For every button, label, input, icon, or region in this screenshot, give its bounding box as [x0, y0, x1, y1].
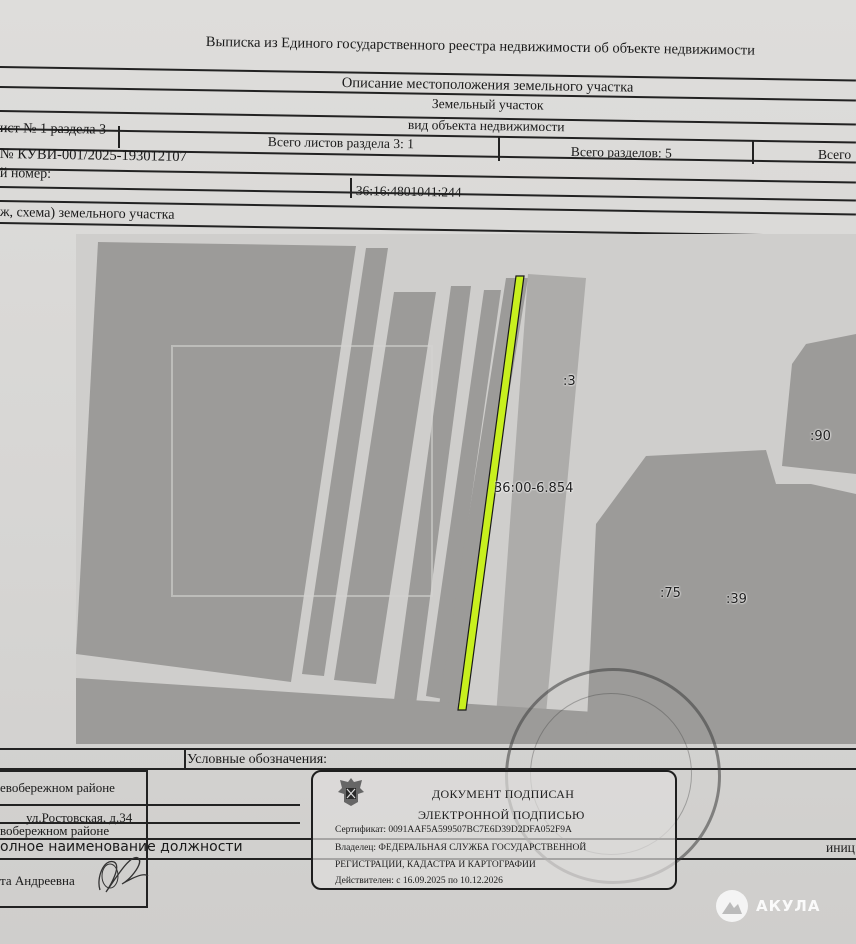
certificate-validity: Действителен: с 16.09.2025 по 10.12.2026: [335, 876, 503, 886]
certificate-owner-cont: РЕГИСТРАЦИИ, КАДАСТРА И КАРТОГРАФИИ: [335, 860, 536, 870]
map-drawing: [76, 234, 856, 744]
legend-label: Условные обозначения:: [187, 752, 327, 768]
cadastral-map: СОГА :3 36:00-6.854 :90 :75 :39: [76, 234, 856, 744]
map-label: :75: [660, 586, 681, 601]
request-number: № КУВИ-001/2025-193012107: [0, 146, 187, 166]
object-type-value: Земельный участок: [432, 96, 544, 114]
map-label: 36:00-6.854: [494, 481, 573, 496]
initials-label: иниц: [826, 840, 855, 856]
plan-label: ж, схема) земельного участка: [0, 205, 175, 224]
divider: [0, 804, 300, 806]
handwritten-signature: [92, 848, 152, 898]
sheet-label: ист № 1 раздела 3: [0, 121, 106, 139]
address-line-1: евобережном районе: [0, 780, 115, 796]
divider: [184, 748, 186, 770]
map-label: :3: [563, 374, 576, 389]
map-label: :90: [810, 429, 831, 444]
shark-logo-icon: [716, 890, 748, 922]
certificate-owner: Владелец: ФЕДЕРАЛЬНАЯ СЛУЖБА ГОСУДАРСТВЕ…: [335, 843, 586, 853]
e-signature-subheading: ЭЛЕКТРОННОЙ ПОДПИСЬЮ: [418, 808, 585, 823]
divider: [118, 126, 120, 148]
divider: [0, 748, 856, 750]
brand-watermark: АКУЛА: [716, 890, 821, 922]
address-line-3: вобережном районе: [0, 823, 109, 839]
certificate-number: Сертификат: 0091AAF5A599507BC7E6D39D2DFA…: [335, 825, 572, 835]
divider: [350, 178, 352, 198]
total-sheets-section: Всего листов раздела 3: 1: [268, 134, 414, 152]
coat-of-arms-icon: [336, 776, 366, 808]
object-type-caption: вид объекта недвижимости: [408, 117, 565, 135]
signer-name: та Андреевна: [0, 873, 75, 889]
e-signature-heading: ДОКУМЕНТ ПОДПИСАН: [432, 787, 574, 802]
map-label: :39: [726, 592, 747, 607]
cadastral-label: й номер:: [0, 166, 51, 183]
brand-name: АКУЛА: [756, 897, 821, 915]
